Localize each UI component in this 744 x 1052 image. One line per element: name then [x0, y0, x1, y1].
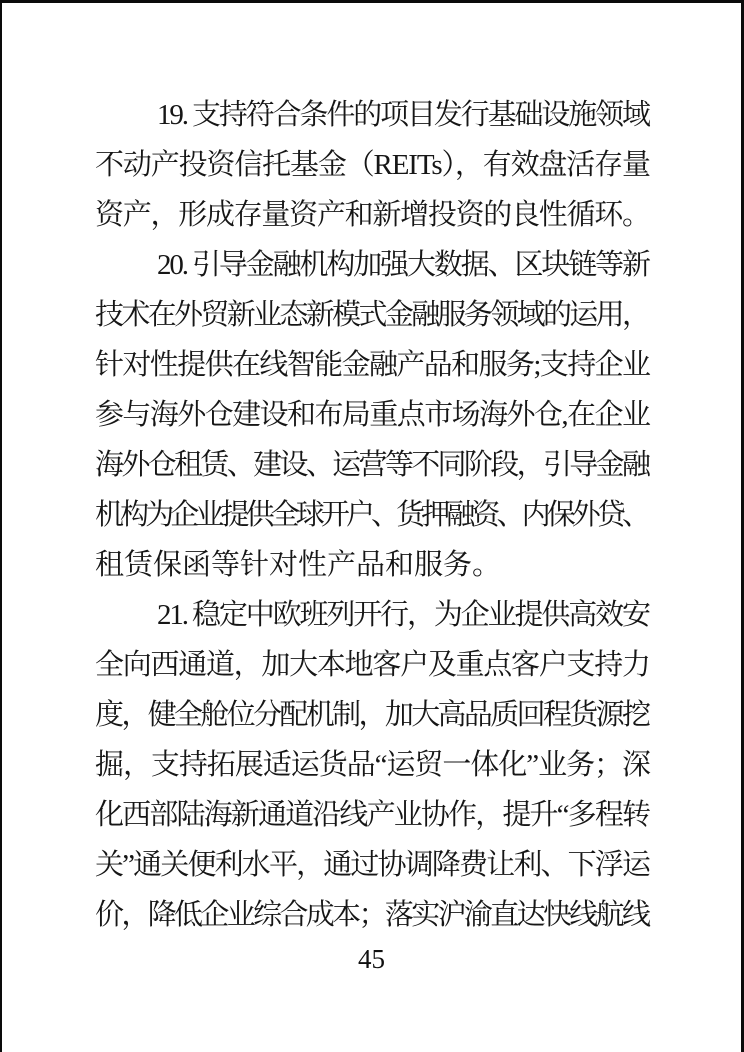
text-line: 资产，形成存量资产和新增投资的良性循环。	[95, 190, 651, 240]
text-line: 19. 支持符合条件的项目发行基础设施领域	[95, 90, 651, 140]
text-line: 化西部陆海新通道沿线产业协作，提升“多程转	[95, 790, 651, 840]
text-line-content: 化西部陆海新通道沿线产业协作，提升“多程转	[95, 790, 649, 840]
text-line-content: 机构为企业提供全球开户、货押融资、内保外贷、	[95, 490, 647, 540]
text-line: 度，健全舱位分配机制，加大高品质回程货源挖	[95, 690, 651, 740]
text-line: 价，降低企业综合成本；落实沪渝直达快线航线	[95, 890, 651, 940]
text-line: 针对性提供在线智能金融产品和服务;支持企业	[95, 340, 651, 390]
document-body: 19. 支持符合条件的项目发行基础设施领域不动产投资信托基金（REITs），有效…	[95, 90, 651, 940]
text-line-content: 21. 稳定中欧班列开行，为企业提供高效安	[157, 590, 649, 640]
text-line-content: 海外仓租赁、建设、运营等不同阶段，引导金融	[95, 440, 648, 490]
text-line-content: 技术在外贸新业态新模式金融服务领域的运用，	[95, 290, 648, 340]
text-line: 技术在外贸新业态新模式金融服务领域的运用，	[95, 290, 651, 340]
text-line-content: 19. 支持符合条件的项目发行基础设施领域	[157, 90, 649, 140]
text-line-content: 价，降低企业综合成本；落实沪渝直达快线航线	[95, 890, 648, 940]
text-line-content: 针对性提供在线智能金融产品和服务;支持企业	[95, 340, 649, 390]
document-page: 19. 支持符合条件的项目发行基础设施领域不动产投资信托基金（REITs），有效…	[0, 0, 744, 1052]
text-line: 掘，支持拓展适运货品“运贸一体化”业务；深	[95, 740, 651, 790]
text-line-content: 资产，形成存量资产和新增投资的良性循环。	[95, 190, 650, 240]
text-line: 租赁保函等针对性产品和服务。	[95, 540, 651, 590]
text-line-content: 度，健全舱位分配机制，加大高品质回程货源挖	[95, 690, 648, 740]
text-line: 不动产投资信托基金（REITs），有效盘活存量	[95, 140, 651, 190]
text-line: 参与海外仓建设和布局重点市场海外仓,在企业	[95, 390, 651, 440]
text-line: 海外仓租赁、建设、运营等不同阶段，引导金融	[95, 440, 651, 490]
text-line: 机构为企业提供全球开户、货押融资、内保外贷、	[95, 490, 651, 540]
text-line-content: 参与海外仓建设和布局重点市场海外仓,在企业	[95, 390, 649, 440]
text-line: 关”通关便利水平，通过协调降费让利、下浮运	[95, 840, 651, 890]
text-line: 20. 引导金融机构加强大数据、区块链等新	[95, 240, 651, 290]
text-line-content: 不动产投资信托基金（REITs），有效盘活存量	[95, 140, 650, 190]
text-line: 全向西通道，加大本地客户及重点客户支持力	[95, 640, 651, 690]
page-number: 45	[2, 939, 741, 979]
text-line-content: 全向西通道，加大本地客户及重点客户支持力	[95, 640, 650, 690]
text-line: 21. 稳定中欧班列开行，为企业提供高效安	[95, 590, 651, 640]
text-line-content: 租赁保函等针对性产品和服务。	[95, 540, 501, 590]
text-line-content: 掘，支持拓展适运货品“运贸一体化”业务；深	[95, 740, 650, 790]
text-line-content: 20. 引导金融机构加强大数据、区块链等新	[157, 240, 649, 290]
text-line-content: 关”通关便利水平，通过协调降费让利、下浮运	[95, 840, 649, 890]
